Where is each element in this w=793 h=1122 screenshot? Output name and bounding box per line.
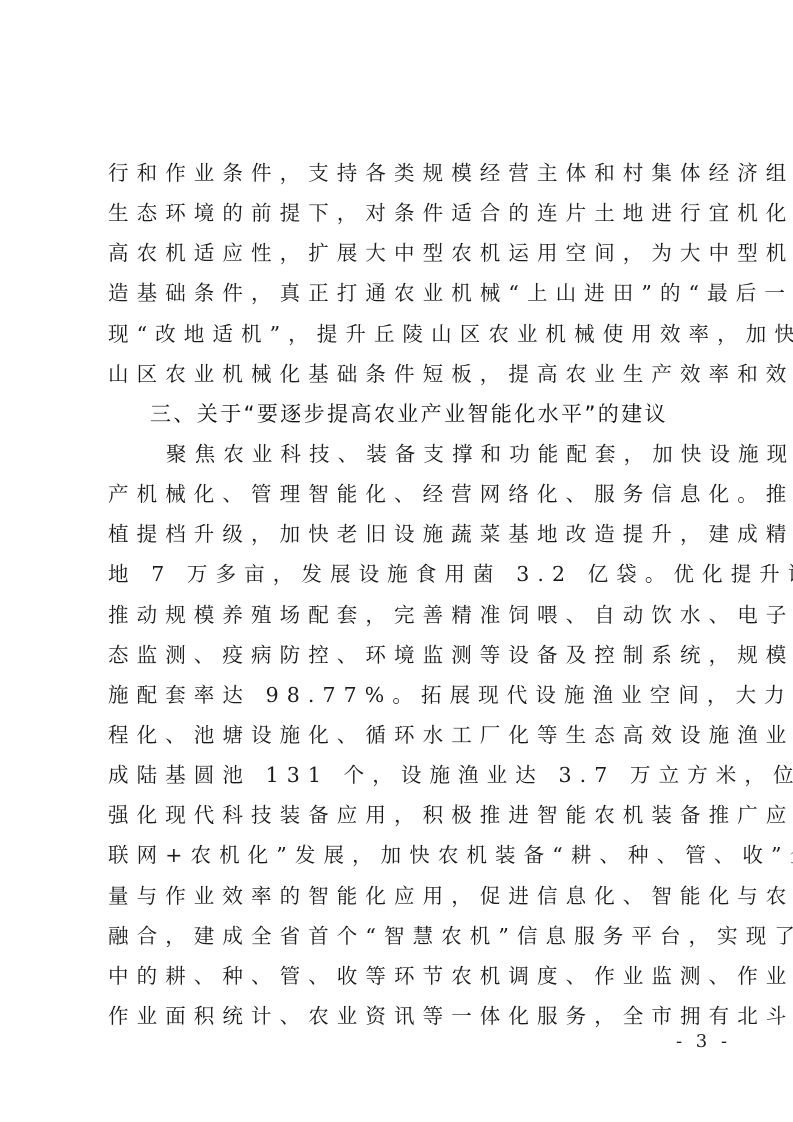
paragraph-line: 植提档升级，加快老旧设施蔬菜基地改造提升，建成精品生产基 (108, 514, 698, 554)
paragraph-line: 施配套率达 98.77%。拓展现代设施渔业空间，大力推广陆基工 (108, 675, 698, 715)
document-page: 行和作业条件，支持各类规模经营主体和村集体经济组织在保护 生态环境的前提下，对条… (0, 0, 793, 1122)
paragraph-line: 联网+农机化”发展，加快农机装备“耕、种、管、收”全程作业质 (108, 835, 698, 875)
paragraph-line: 高农机适应性，扩展大中型农机运用空间，为大中型机械应用创 (108, 233, 698, 273)
paragraph-first-line: 聚焦农业科技、装备支撑和功能配套，加快设施现代化、生 (108, 434, 698, 474)
paragraph-line: 现“改地适机”，提升丘陵山区农业机械使用效率，加快补齐丘陵 (108, 314, 698, 354)
paragraph-line: 推动规模养殖场配套，完善精准饲喂、自动饮水、电子识别、状 (108, 595, 698, 635)
paragraph-line: 强化现代科技装备应用，积极推进智能农机装备推广应用和“互 (108, 795, 698, 835)
page-number: - 3 - (676, 1031, 731, 1052)
paragraph-line: 行和作业条件，支持各类规模经营主体和村集体经济组织在保护 (108, 153, 698, 193)
paragraph-line: 作业面积统计、农业资讯等一体化服务，全市拥有北斗导航作业 (108, 996, 698, 1036)
paragraph-line: 融合，建成全省首个“智慧农机”信息服务平台，实现了农业生产 (108, 916, 698, 956)
paragraph-line: 产机械化、管理智能化、经营网络化、服务信息化。推进设施种 (108, 474, 698, 514)
paragraph-line: 生态环境的前提下，对条件适合的连片土地进行宜机化整理，提 (108, 193, 698, 233)
paragraph-line: 态监测、疫病防控、环境监测等设备及控制系统，规模养殖场设 (108, 635, 698, 675)
paragraph-line: 造基础条件，真正打通农业机械“上山进田”的“最后一公里”，实 (108, 273, 698, 313)
paragraph-line: 量与作业效率的智能化应用，促进信息化、智能化与农业机械化 (108, 876, 698, 916)
paragraph-line: 山区农业机械化基础条件短板，提高农业生产效率和效益。 (108, 354, 698, 394)
paragraph-line: 成陆基圆池 131 个，设施渔业达 3.7 万立方米，位居全省第 1。 (108, 755, 698, 795)
paragraph-line: 程化、池塘设施化、循环水工厂化等生态高效设施渔业模式，建 (108, 715, 698, 755)
paragraph-line: 中的耕、种、管、收等环节农机调度、作业监测、作业质量分析、 (108, 956, 698, 996)
section-heading: 三、关于“要逐步提高农业产业智能化水平”的建议 (108, 394, 698, 434)
paragraph-line: 地 7 万多亩，发展设施食用菌 3.2 亿袋。优化提升设施畜牧布局， (108, 554, 698, 594)
document-body: 行和作业条件，支持各类规模经营主体和村集体经济组织在保护 生态环境的前提下，对条… (108, 153, 698, 1036)
